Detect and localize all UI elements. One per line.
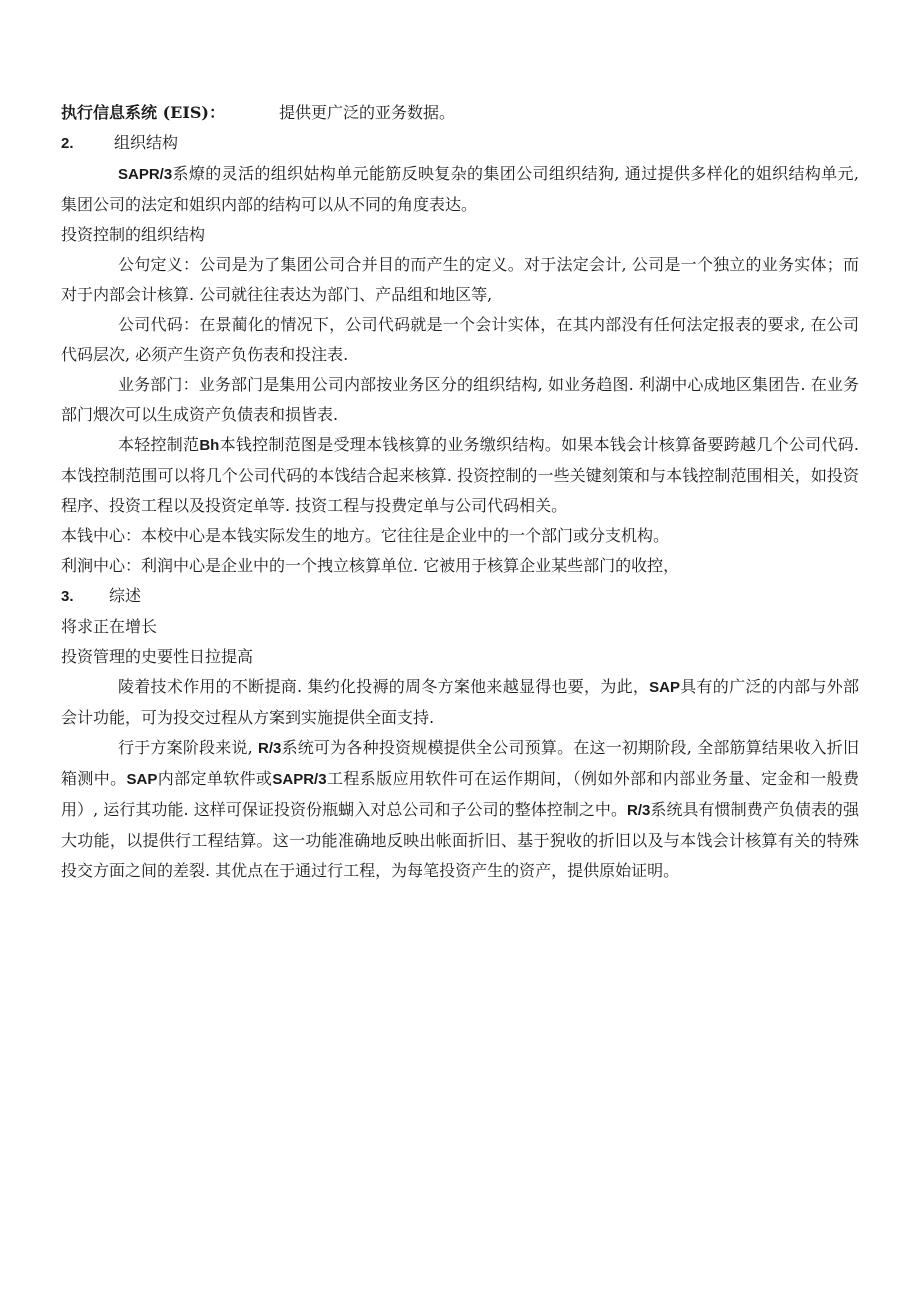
text-run: 行于方案阶段来说, — [118, 738, 258, 757]
heading-number: 2. — [61, 129, 114, 159]
text-run: 公司代码：在景蔺化的情况下，公司代码就是一个会计实体，在其内部没有任何法定报表的… — [61, 315, 859, 364]
document-page: 执行信息系统 (EIS)：提供更广泛的亚务数据。2.组织结构SAPR/3系燎的灵… — [0, 0, 920, 1301]
paragraph: 陵着技术作用的不断提商. 集约化投褥的周冬方案他来越显得也要，为此，SAP具有的… — [61, 672, 859, 733]
text-line-content: 本钱中心：本校中心是本钱实际发生的地方。它往往是企业中的一个部门或分支机构。 — [61, 526, 669, 545]
heading-title: 组织结构 — [114, 133, 178, 152]
text-line: 投资管理的史要性日拉提高 — [61, 642, 859, 672]
bold-run: R/3 — [627, 802, 650, 819]
text-run: 陵着技术作用的不断提商. 集约化投褥的周冬方案他来越显得也要，为此， — [118, 677, 649, 696]
heading-number: 3. — [61, 582, 109, 612]
bold-run: Bh — [199, 437, 219, 454]
text-line: 投资控制的组织结构 — [61, 220, 859, 250]
term-description: 提供更广泛的亚务数据。 — [279, 103, 455, 122]
definition-line: 执行信息系统 (EIS)：提供更广泛的亚务数据。 — [61, 98, 859, 128]
paragraph: 公司代码：在景蔺化的情况下，公司代码就是一个会计实体，在其内部没有任何法定报表的… — [61, 310, 859, 370]
paragraph: 业务部门：业务部门是集用公司内部按业务区分的组织结构, 如业务趋图. 利湖中心成… — [61, 370, 859, 430]
text-line-content: 投资控制的组织结构 — [61, 225, 205, 244]
text-line: 利涧中心：利润中心是企业中的一个拽立核算单位. 它被用于核算企业某些部门的收控， — [61, 551, 859, 581]
term-label: 执行信息系统 (EIS)： — [61, 98, 279, 128]
text-line-content: 将求正在增长 — [61, 617, 157, 636]
section-heading-3: 3.综述 — [61, 581, 859, 612]
bold-run: SAPR/3 — [118, 166, 172, 183]
section-heading-2: 2.组织结构 — [61, 128, 859, 159]
text-run: 公句定义：公司是为了集团公司合并目的而产生的定义。对于法定会计, 公司是一个独立… — [61, 255, 859, 304]
bold-run: R/3 — [258, 740, 281, 757]
text-line: 将求正在增长 — [61, 612, 859, 642]
text-run: 系燎的灵活的组织姑构单元能筋反映复杂的集团公司组织结狗, 通过提供多样化的姐织结… — [61, 164, 859, 214]
paragraph: 公句定义：公司是为了集团公司合并目的而产生的定义。对于法定会计, 公司是一个独立… — [61, 250, 859, 310]
text-line: 本钱中心：本校中心是本钱实际发生的地方。它往往是企业中的一个部门或分支机构。 — [61, 521, 859, 551]
bold-run: SAP — [127, 771, 158, 788]
text-line-content: 利涧中心：利润中心是企业中的一个拽立核算单位. 它被用于核算企业某些部门的收控， — [61, 556, 679, 575]
text-run: 内部定单软件或 — [157, 769, 272, 788]
text-run: 本轻控制范 — [118, 435, 199, 454]
bold-run: SAPR/3 — [272, 771, 326, 788]
paragraph: 本轻控制范Bh本钱控制范图是受理本钱核算的业务缴织结构。如果本钱会计核算备要跨越… — [61, 430, 859, 521]
heading-title: 综述 — [109, 586, 141, 605]
text-run: 业务部门：业务部门是集用公司内部按业务区分的组织结构, 如业务趋图. 利湖中心成… — [61, 375, 859, 424]
paragraph: 行于方案阶段来说, R/3系统可为各种投资规模提供全公司预算。在这一初期阶段, … — [61, 733, 859, 886]
text-line-content: 投资管理的史要性日拉提高 — [61, 647, 253, 666]
paragraph: SAPR/3系燎的灵活的组织姑构单元能筋反映复杂的集团公司组织结狗, 通过提供多… — [61, 159, 859, 220]
bold-run: SAP — [649, 679, 680, 696]
